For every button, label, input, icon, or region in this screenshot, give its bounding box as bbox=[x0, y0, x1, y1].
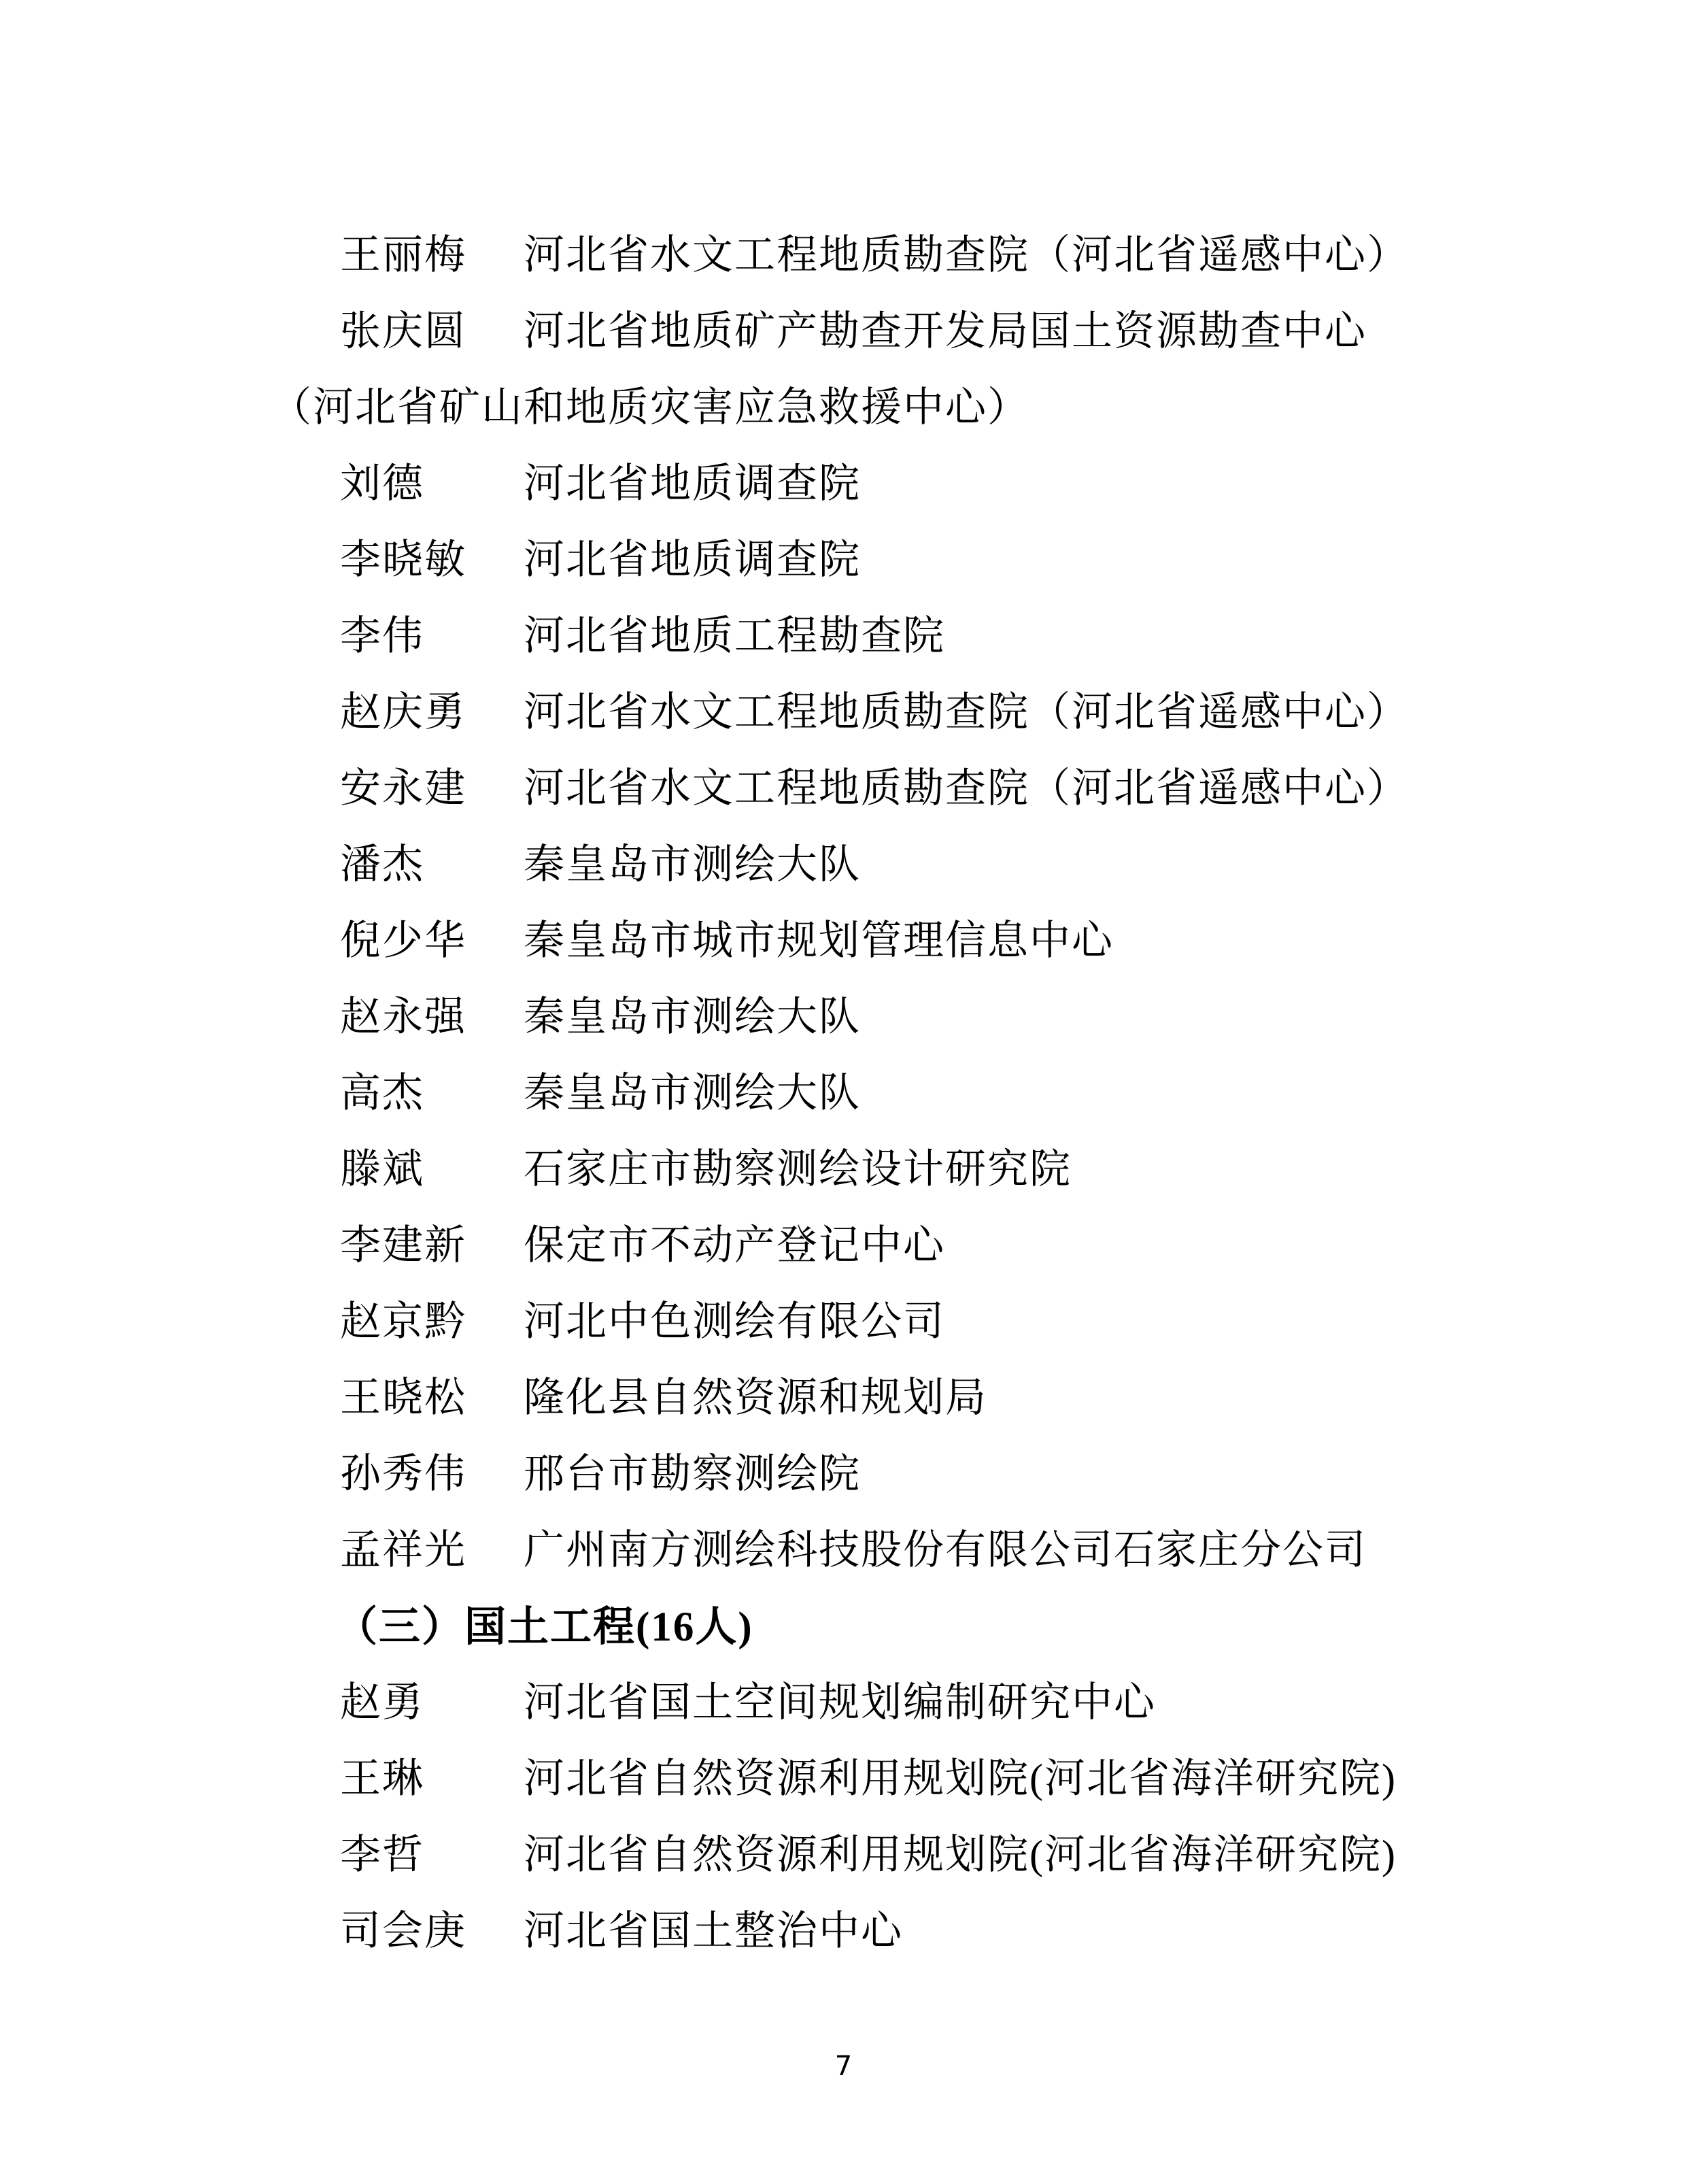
organization: 秦皇岛市测绘大队 bbox=[524, 984, 861, 1043]
organization: 邢台市勘察测绘院 bbox=[524, 1441, 861, 1500]
person-name: 王丽梅 bbox=[340, 222, 524, 281]
list-item: 李建新 保定市不动产登记中心 bbox=[271, 1204, 1510, 1280]
list-item: 王丽梅 河北省水文工程地质勘查院（河北省遥感中心） bbox=[271, 214, 1510, 290]
list-item: 潘杰 秦皇岛市测绘大队 bbox=[271, 823, 1510, 899]
person-name: 李伟 bbox=[340, 603, 524, 662]
list-item: 滕斌 石家庄市勘察测绘设计研究院 bbox=[271, 1128, 1510, 1204]
organization: 河北省自然资源利用规划院(河北省海洋研究院) bbox=[524, 1746, 1397, 1804]
list-item: 刘德 河北省地质调查院 bbox=[271, 442, 1510, 518]
person-name: 赵京黔 bbox=[340, 1289, 524, 1347]
list-item: 李伟 河北省地质工程勘查院 bbox=[271, 594, 1510, 671]
person-name: 倪少华 bbox=[340, 908, 524, 967]
organization: 秦皇岛市测绘大队 bbox=[524, 1060, 861, 1119]
person-name: 李晓敏 bbox=[340, 527, 524, 586]
organization: 河北省地质调查院 bbox=[524, 451, 861, 509]
person-name: 潘杰 bbox=[340, 832, 524, 890]
list-item: 孙秀伟 邢台市勘察测绘院 bbox=[271, 1432, 1510, 1509]
person-name: 安永建 bbox=[340, 756, 524, 814]
person-name: 王琳 bbox=[340, 1746, 524, 1804]
section-heading: （三）国土工程(16人) bbox=[271, 1585, 1510, 1661]
organization: 河北中色测绘有限公司 bbox=[524, 1289, 945, 1347]
organization: 河北省地质工程勘查院 bbox=[524, 603, 945, 662]
person-name: 刘德 bbox=[340, 451, 524, 509]
person-name: 赵永强 bbox=[340, 984, 524, 1043]
list-item: 高杰 秦皇岛市测绘大队 bbox=[271, 1052, 1510, 1128]
organization: 河北省水文工程地质勘查院（河北省遥感中心） bbox=[524, 679, 1409, 738]
person-name: 李哲 bbox=[340, 1822, 524, 1881]
name-list: 王丽梅 河北省水文工程地质勘查院（河北省遥感中心） 张庆圆 河北省地质矿产勘查开… bbox=[271, 214, 1510, 1966]
organization: 广州南方测绘科技股份有限公司石家庄分公司 bbox=[524, 1517, 1367, 1576]
organization: 隆化县自然资源和规划局 bbox=[524, 1365, 987, 1424]
organization: 河北省地质矿产勘查开发局国土资源勘查中心 bbox=[524, 299, 1367, 357]
person-name: 孙秀伟 bbox=[340, 1441, 524, 1500]
list-item: 王晓松 隆化县自然资源和规划局 bbox=[271, 1356, 1510, 1432]
organization: 河北省水文工程地质勘查院（河北省遥感中心） bbox=[524, 756, 1409, 814]
list-item: 李哲 河北省自然资源利用规划院(河北省海洋研究院) bbox=[271, 1813, 1510, 1889]
list-item: 孟祥光 广州南方测绘科技股份有限公司石家庄分公司 bbox=[271, 1509, 1510, 1585]
list-item: 王琳 河北省自然资源利用规划院(河北省海洋研究院) bbox=[271, 1737, 1510, 1813]
list-item: 赵庆勇 河北省水文工程地质勘查院（河北省遥感中心） bbox=[271, 671, 1510, 747]
page-number: 7 bbox=[0, 2051, 1687, 2082]
list-item: 赵京黔 河北中色测绘有限公司 bbox=[271, 1280, 1510, 1356]
list-item: 李晓敏 河北省地质调查院 bbox=[271, 518, 1510, 594]
person-name: 高杰 bbox=[340, 1060, 524, 1119]
list-item: 赵勇 河北省国土空间规划编制研究中心 bbox=[271, 1661, 1510, 1737]
organization: 河北省自然资源利用规划院(河北省海洋研究院) bbox=[524, 1822, 1397, 1881]
person-name: 王晓松 bbox=[340, 1365, 524, 1424]
person-name: 滕斌 bbox=[340, 1137, 524, 1195]
organization: 河北省地质调查院 bbox=[524, 527, 861, 586]
list-item: 司会庚 河北省国土整治中心 bbox=[271, 1889, 1510, 1966]
person-name: 李建新 bbox=[340, 1213, 524, 1271]
organization: 秦皇岛市测绘大队 bbox=[524, 832, 861, 890]
person-name: 张庆圆 bbox=[340, 299, 524, 357]
person-name: 赵勇 bbox=[340, 1670, 524, 1728]
organization: 秦皇岛市城市规划管理信息中心 bbox=[524, 908, 1114, 967]
organization: 石家庄市勘察测绘设计研究院 bbox=[524, 1137, 1072, 1195]
organization: 河北省水文工程地质勘查院（河北省遥感中心） bbox=[524, 222, 1409, 281]
person-name: 孟祥光 bbox=[340, 1517, 524, 1576]
list-item: 张庆圆 河北省地质矿产勘查开发局国土资源勘查中心 bbox=[271, 290, 1510, 366]
organization: 保定市不动产登记中心 bbox=[524, 1213, 945, 1271]
organization: 河北省国土整治中心 bbox=[524, 1898, 903, 1957]
list-item: 安永建 河北省水文工程地质勘查院（河北省遥感中心） bbox=[271, 747, 1510, 823]
list-item: 赵永强 秦皇岛市测绘大队 bbox=[271, 975, 1510, 1052]
organization-continuation: （河北省矿山和地质灾害应急救援中心） bbox=[271, 366, 1510, 442]
person-name: 司会庚 bbox=[340, 1898, 524, 1957]
list-item: 倪少华 秦皇岛市城市规划管理信息中心 bbox=[271, 899, 1510, 975]
person-name: 赵庆勇 bbox=[340, 679, 524, 738]
organization: 河北省国土空间规划编制研究中心 bbox=[524, 1670, 1156, 1728]
document-page: 王丽梅 河北省水文工程地质勘查院（河北省遥感中心） 张庆圆 河北省地质矿产勘查开… bbox=[0, 0, 1687, 2184]
